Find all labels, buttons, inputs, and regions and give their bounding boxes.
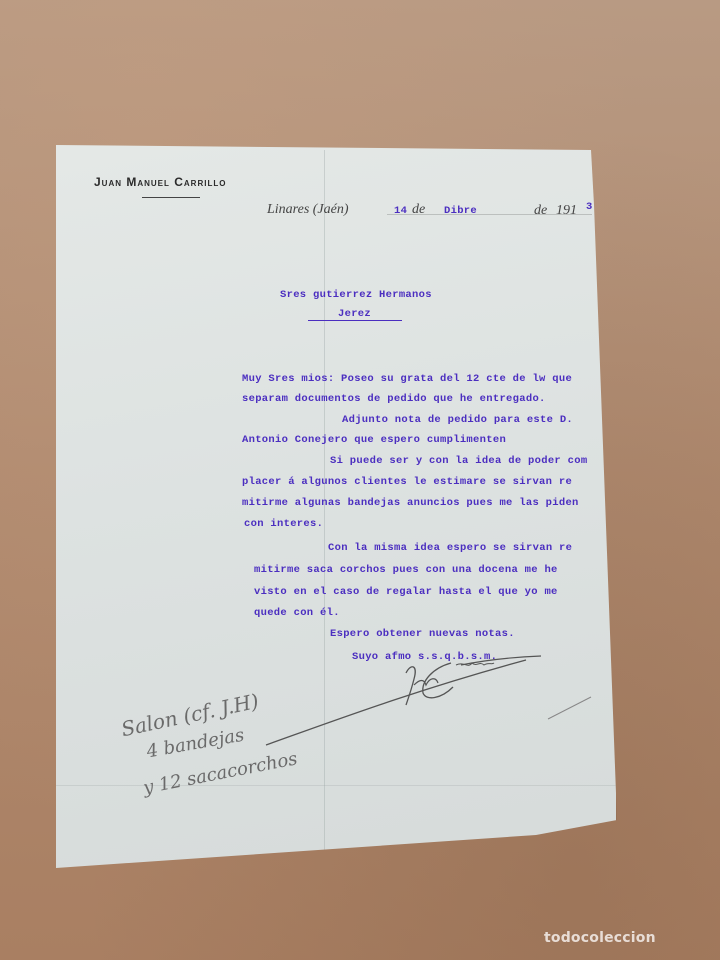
body-line: Adjunto nota de pedido para este D.: [342, 414, 573, 426]
body-line: Muy Sres mios: Poseo su grata del 12 cte…: [242, 373, 572, 385]
date-de-1: de: [412, 202, 425, 218]
body-line: quede con él.: [254, 607, 340, 619]
recipient-city-rule: [308, 320, 402, 321]
recipient-name: Sres gutierrez Hermanos: [280, 289, 432, 301]
recipient-city: Jerez: [338, 308, 371, 320]
date-de-2: de: [534, 203, 547, 219]
date-year-printed: 191: [556, 203, 577, 219]
body-line: Con la misma idea espero se sirvan re: [328, 542, 572, 554]
letterhead-name: Juan Manuel Carrillo: [94, 175, 226, 189]
body-line: mitirme algunas bandejas anuncios pues m…: [242, 497, 579, 509]
body-line: separam documentos de pedido que he entr…: [242, 393, 546, 405]
date-month: Dibre: [444, 205, 477, 217]
body-line: Antonio Conejero que espero cumplimenten: [242, 434, 506, 446]
letterhead-rule: [142, 197, 200, 198]
watermark: todocoleccion: [544, 930, 656, 946]
date-year-typed: 3: [586, 201, 593, 213]
body-line: mitirme saca corchos pues con una docena…: [254, 564, 558, 576]
date-day: 14: [394, 205, 407, 217]
body-line: visto en el caso de regalar hasta el que…: [254, 586, 558, 598]
fold-crease-horizontal: [56, 785, 616, 786]
place-printed: Linares (Jaén): [267, 202, 349, 218]
body-line: Espero obtener nuevas notas.: [330, 628, 515, 640]
body-line: con interes.: [244, 518, 323, 530]
body-line: Si puede ser y con la idea de poder com: [330, 455, 587, 467]
pencil-stroke-icon: [546, 693, 596, 723]
body-line: placer á algunos clientes le estimare se…: [242, 476, 572, 488]
signature-icon: [256, 645, 556, 755]
letter-paper: Juan Manuel Carrillo Linares (Jaén) 14 d…: [56, 145, 616, 870]
